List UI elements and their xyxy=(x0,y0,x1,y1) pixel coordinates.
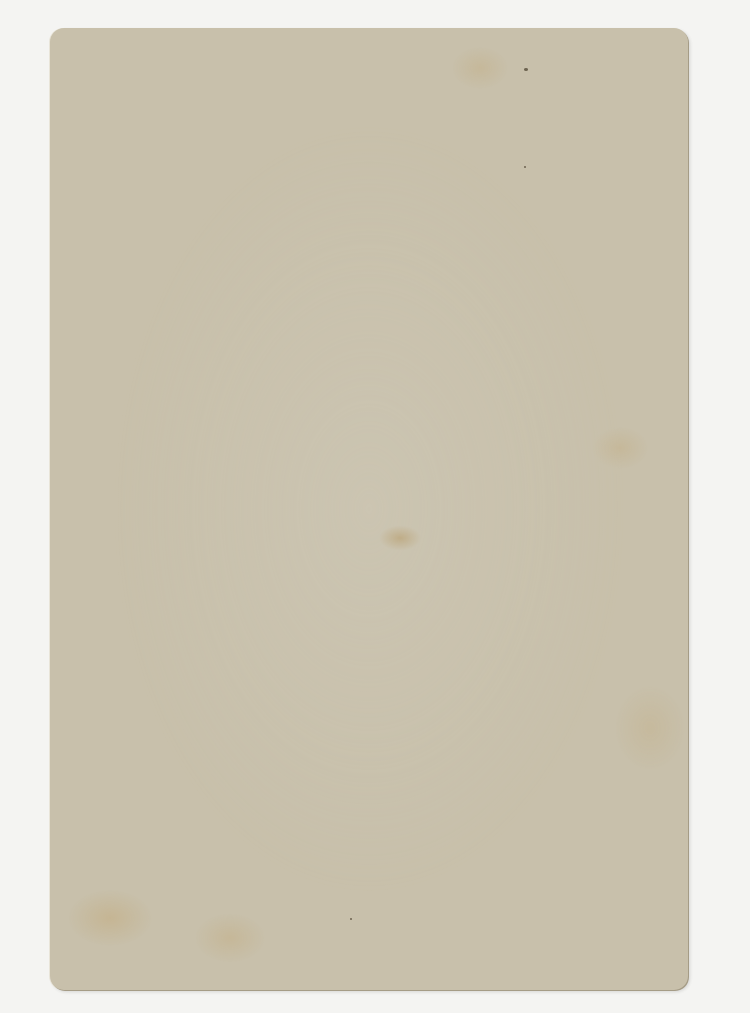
blank-card xyxy=(50,28,688,990)
blemish xyxy=(350,918,352,920)
blemish xyxy=(524,166,526,168)
blemish xyxy=(524,68,528,71)
